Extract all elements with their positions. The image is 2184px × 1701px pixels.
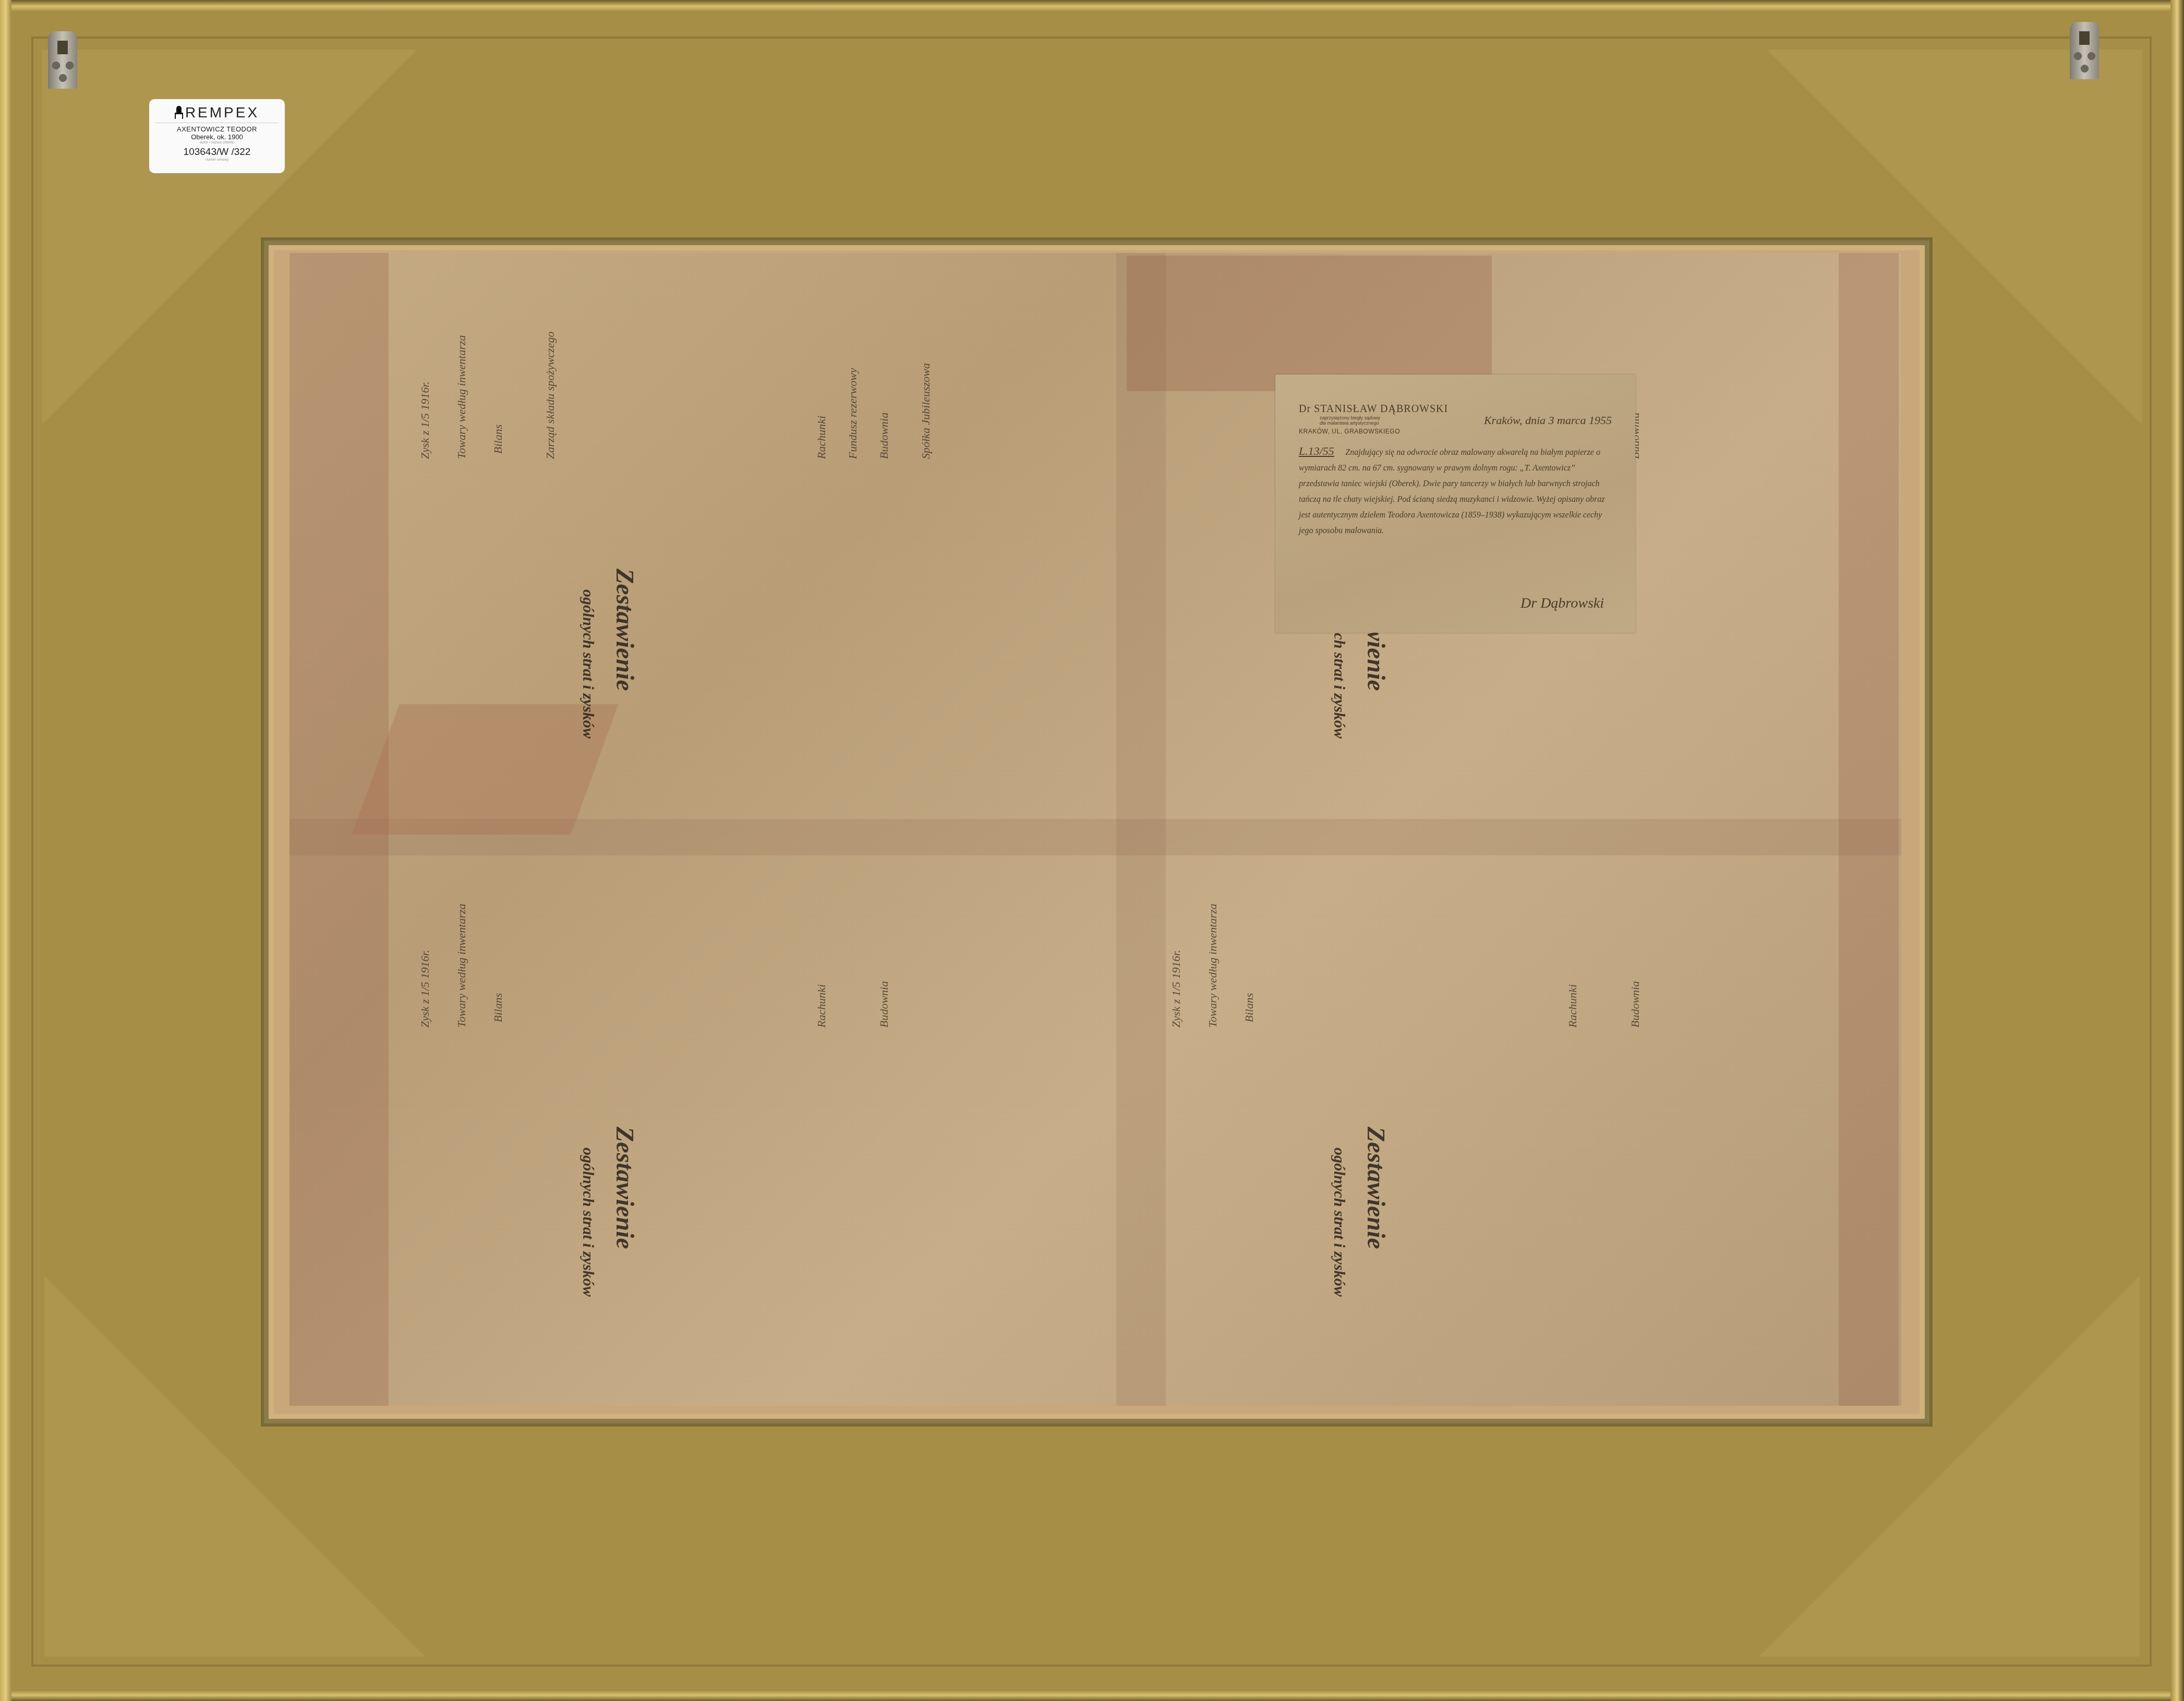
note-letterhead-address: KRAKÓW, UL. GRABOWSKIEGO (1299, 428, 1448, 435)
label-caption-author: autor i nazwa obiektu (155, 141, 279, 144)
note-letterhead-name: Dr STANISŁAW DĄBROWSKI (1299, 403, 1448, 415)
ledger-line: Towary według inwentarza (454, 287, 469, 459)
ledger-section: Rachunki (814, 287, 829, 459)
label-brand-row: REMPEX (155, 104, 279, 123)
ledger-line: Zarząd składu spożywczego (542, 287, 558, 459)
note-date: Kraków, dnia 3 marca 1955 (1484, 414, 1612, 435)
note-reference: L.13/55 (1299, 444, 1334, 457)
ledger-section: Rachunki (1565, 855, 1580, 1028)
note-letterhead: Dr STANISŁAW DĄBROWSKI zaprzysiężony bie… (1299, 403, 1448, 435)
ledger-section: Budownia (1627, 855, 1643, 1028)
ledger-section: Bilans (490, 349, 506, 454)
ledger-line: Towary według inwentarza (454, 855, 469, 1028)
ledger-line: Zysk z 1/5 1916r. (417, 287, 433, 459)
note-letterhead-sub2: dla malarstwa artystycznego (1299, 420, 1448, 426)
ledger-section: Fundusz rezerwowy (845, 287, 861, 459)
label-author: AXENTOWICZ TEODOR (155, 125, 279, 133)
authentication-note: Dr STANISŁAW DĄBROWSKI zaprzysiężony bie… (1275, 375, 1635, 633)
hanger-hook-left-icon (48, 31, 77, 89)
label-contract-number: 103643/W /322 (155, 147, 279, 158)
ledger-subtitle: ogólnych strat i zysków (579, 1148, 597, 1297)
ledger-sheet-top-left: Zysk z 1/5 1916r. Towary według inwentar… (396, 276, 1142, 819)
gilt-edge-left (0, 0, 11, 1701)
rempex-label: REMPEX AXENTOWICZ TEODOR Oberek, ok. 190… (149, 99, 285, 173)
ledger-title: Zestawienie (1361, 1127, 1390, 1249)
chair-logo-icon (175, 106, 183, 119)
ledger-sheet-bottom-left: Zysk z 1/5 1916r. Towary według inwentar… (396, 845, 1142, 1388)
label-caption-number: numer umowy (155, 158, 279, 162)
label-title: Oberek, ok. 1900 (155, 133, 279, 141)
label-brand: REMPEX (185, 104, 259, 121)
ledger-subtitle: ogólnych strat i zysków (1330, 1148, 1348, 1297)
gilt-edge-bottom (0, 1690, 2184, 1701)
note-signature: Dr Dąbrowski (1521, 595, 1604, 612)
ledger-section: Budownia (876, 287, 892, 459)
ledger-title: Zestawienie (610, 1127, 639, 1249)
ledger-line: Towary według inwentarza (1205, 855, 1221, 1028)
ledger-line: Zysk z 1/5 1916r. (417, 855, 433, 1028)
ledger-line: Zysk z 1/5 1916r. (1168, 855, 1184, 1028)
ledger-section: Rachunki (814, 855, 829, 1028)
note-header: Dr STANISŁAW DĄBROWSKI zaprzysiężony bie… (1299, 403, 1612, 435)
ledger-section: Bilans (1241, 918, 1257, 1022)
gilt-edge-right (2170, 0, 2184, 1701)
note-letterhead-sub1: zaprzysiężony biegły sądowy (1299, 415, 1448, 420)
ledger-section: Budownia (876, 855, 892, 1028)
ledger-section: Bilans (490, 918, 506, 1022)
note-text: Znajdujący się na odwrocie obraz malowan… (1299, 448, 1604, 535)
note-body: L.13/55 Znajdujący się na odwrocie obraz… (1299, 443, 1612, 537)
ledger-section: Spółka Jubileuszowa (918, 287, 934, 459)
hanger-hook-right-icon (2070, 22, 2099, 79)
ledger-sheet-bottom-right: Zysk z 1/5 1916r. Towary według inwentar… (1148, 845, 1893, 1388)
ledger-title: Zestawienie (610, 569, 639, 691)
ledger-subtitle: ogólnych strat i zysków (579, 589, 597, 739)
gilt-edge-top (0, 0, 2184, 13)
